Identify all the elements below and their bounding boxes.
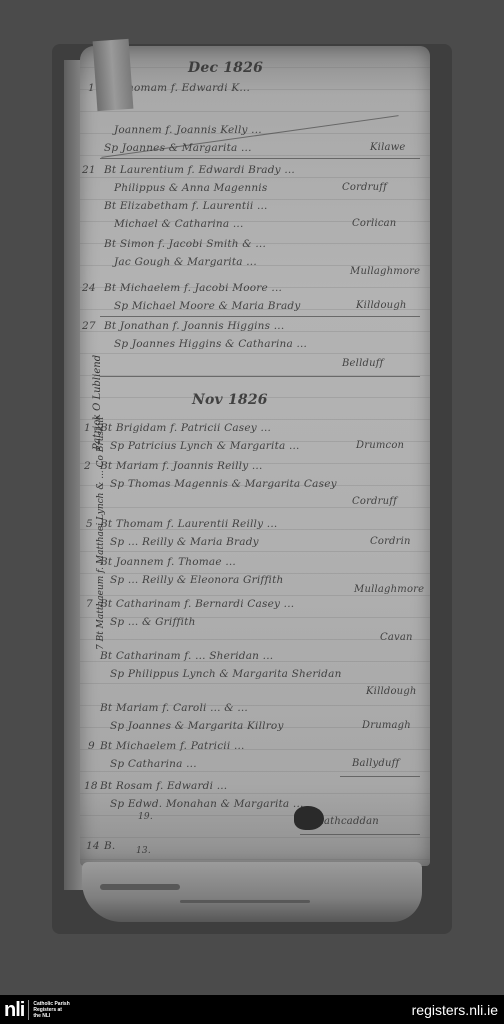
entry-place: Mullaghmore	[350, 266, 420, 277]
entry-divider	[340, 776, 420, 777]
entry-place: Kilawe	[370, 142, 406, 153]
entry-text: Bt Jonathan f. Joannis Higgins ...	[104, 320, 284, 332]
entry-place: Killdough	[356, 300, 407, 311]
torn-page-bottom	[82, 862, 422, 922]
month-heading-top: Dec 1826	[188, 60, 263, 76]
entry-text: Bt Simon f. Jacobi Smith & ...	[104, 238, 266, 250]
entry-text: Bt Brigidam f. Patricii Casey ...	[100, 422, 271, 434]
entry-day: 27	[82, 320, 96, 332]
entry-text: Sp Catharina ...	[110, 758, 197, 770]
tear-mark	[100, 884, 180, 890]
entry-text: Sp ... & Griffith	[110, 616, 196, 628]
entry-text: Bt Mariam f. Joannis Reilly ...	[100, 460, 262, 472]
torn-page-corner	[93, 39, 134, 111]
entry-text: Bt Catharinam f. ... Sheridan ...	[100, 650, 273, 662]
entry-text: Sp Philippus Lynch & Margarita Sheridan	[110, 668, 342, 680]
entry-place: Mullaghmore	[354, 584, 424, 595]
logo-line: the NLI	[33, 1013, 69, 1019]
site-link[interactable]: registers.nli.ie	[412, 1002, 498, 1018]
entry-text: Bt Laurentium f. Edwardi Brady ...	[104, 164, 295, 176]
entry-day: 14	[86, 840, 100, 852]
entry-text: Sp Joannes Higgins & Catharina ...	[114, 338, 307, 350]
entry-text: Bt Rosam f. Edwardi ...	[100, 780, 227, 792]
entry-text: 19.	[138, 812, 153, 822]
entry-text: Sp Patricius Lynch & Margarita ...	[110, 440, 300, 452]
entry-divider	[100, 376, 420, 377]
entry-place: Drumagh	[362, 720, 411, 731]
entry-text: B.	[104, 840, 115, 852]
entry-day: 1	[84, 422, 91, 434]
entry-text: Sp Michael Moore & Maria Brady	[114, 300, 300, 312]
entry-divider	[100, 158, 420, 159]
entry-text: Bt Michaelem f. Jacobi Moore ...	[104, 282, 282, 294]
entry-day: 5	[86, 518, 93, 530]
entry-day: 21	[82, 164, 96, 176]
entry-place: Bellduff	[342, 358, 384, 369]
ink-blot	[294, 806, 324, 830]
logo-divider	[28, 1000, 29, 1020]
month-heading-middle: Nov 1826	[192, 392, 268, 408]
entry-divider	[300, 834, 420, 835]
entry-day: 24	[82, 282, 96, 294]
entry-day: 1	[88, 82, 95, 94]
entry-text: Bt Thomam f. Laurentii Reilly ...	[100, 518, 277, 530]
logo-caption: Catholic Parish Registers at the NLI	[33, 1001, 69, 1019]
entry-place: Cordrin	[370, 536, 411, 547]
logo-line: Catholic Parish	[33, 1001, 69, 1007]
entry-text: Sp ... Reilly & Maria Brady	[110, 536, 259, 548]
entry-day: 18	[84, 780, 98, 792]
entry-place: Cavan	[380, 632, 413, 643]
entry-text: Sp Thomas Magennis & Margarita Casey	[110, 478, 337, 490]
entry-text: Bt Michaelem f. Patricii ...	[100, 740, 245, 752]
image-viewer[interactable]: Dec 1826 1 Bt Thomam f. Edwardi K... Joa…	[0, 0, 504, 995]
entry-text: Bt Elizabetham f. Laurentii ...	[104, 200, 268, 212]
margin-note: 7 Bt Matthaeum f. Matthaei Lynch & ... C…	[96, 417, 106, 650]
entry-place: Rathcaddan	[316, 816, 379, 827]
footer-bar: nli Catholic Parish Registers at the NLI…	[0, 995, 504, 1024]
entry-text: Sp ... Reilly & Eleonora Griffith	[110, 574, 284, 586]
entry-place: Cordruff	[342, 182, 387, 193]
entry-text: Bt Joannem f. Thomae ...	[100, 556, 236, 568]
entry-text: 13.	[136, 846, 151, 856]
entry-text: Joannem f. Joannis Kelly ...	[114, 124, 262, 136]
register-page-image[interactable]: Dec 1826 1 Bt Thomam f. Edwardi K... Joa…	[80, 46, 430, 866]
tear-mark	[180, 900, 310, 903]
entry-day: 9	[88, 740, 95, 752]
entry-text: Jac Gough & Margarita ...	[114, 256, 257, 268]
entry-place: Killdough	[366, 686, 417, 697]
nli-logo[interactable]: nli Catholic Parish Registers at the NLI	[4, 1000, 70, 1020]
entry-text: Michael & Catharina ...	[114, 218, 244, 230]
entry-divider	[100, 316, 420, 317]
entry-text: Sp Joannes & Margarita Killroy	[110, 720, 284, 732]
entry-text: Sp Edwd. Monahan & Margarita ...	[110, 798, 304, 810]
entry-day: 7	[86, 598, 93, 610]
nli-logo-mark: nli	[4, 1000, 24, 1020]
entry-text: Bt Catharinam f. Bernardi Casey ...	[100, 598, 294, 610]
entry-place: Ballyduff	[352, 758, 399, 769]
entry-place: Corlican	[352, 218, 396, 229]
entry-place: Cordruff	[352, 496, 397, 507]
entry-place: Drumcon	[356, 440, 404, 451]
entry-text: Sp Joannes & Margarita ...	[104, 142, 252, 154]
entry-text: Philippus & Anna Magennis	[114, 182, 267, 194]
entry-text: Bt Mariam f. Caroli ... & ...	[100, 702, 248, 714]
entry-day: 2	[84, 460, 91, 472]
